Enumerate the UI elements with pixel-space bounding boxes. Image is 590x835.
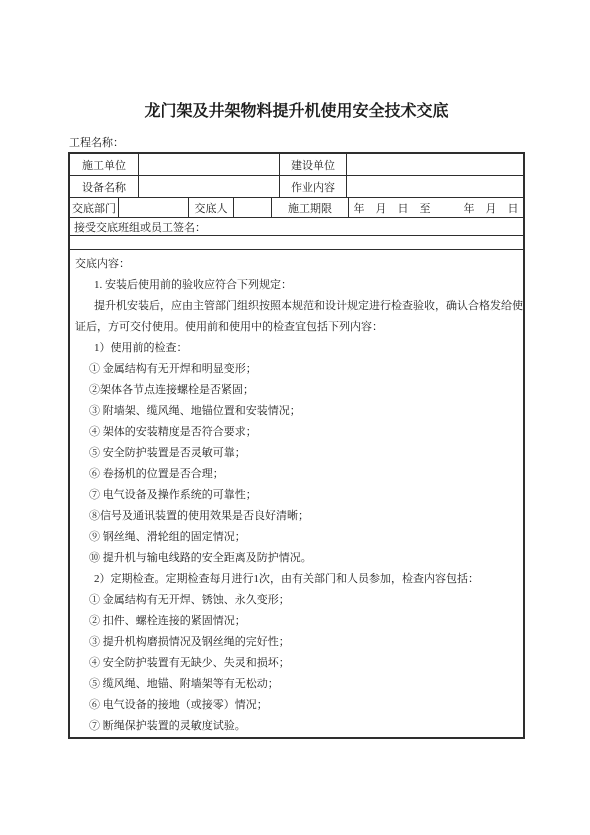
discloser-label: 交底人: [189, 198, 234, 217]
content-line: ⑤ 安全防护装置是否灵敏可靠；: [70, 443, 523, 464]
content-line: ② 扣件、螺栓连接的紧固情况；: [70, 611, 523, 632]
content-line: ④ 架体的安装精度是否符合要求；: [70, 422, 523, 443]
construction-unit-label: 施工单位: [70, 154, 139, 175]
content-line: 1. 安装后使用前的验收应符合下列规定：: [70, 275, 523, 296]
project-name-label: 工程名称：: [69, 137, 525, 150]
signature-blank-cell: [70, 236, 523, 249]
client-unit-label: 建设单位: [280, 154, 347, 175]
content-line: ③ 附墙架、缆风绳、地锚位置和安装情况；: [70, 401, 523, 422]
disclosure-department-label: 交底部门: [70, 198, 119, 217]
document-page: 龙门架及井架物料提升机使用安全技术交底 工程名称： 施工单位 建设单位 设备名称…: [68, 102, 525, 739]
signature-blank-row: [70, 236, 523, 250]
document-title: 龙门架及井架物料提升机使用安全技术交底: [68, 102, 525, 122]
work-content-value: [347, 176, 523, 197]
content-line: ③ 提升机构磨损情况及钢丝绳的完好性；: [70, 632, 523, 653]
equipment-name-label: 设备名称: [70, 176, 139, 197]
construction-period-value: 年 月 日 至 年 月 日: [349, 198, 523, 217]
content-line: 1）使用前的检查：: [70, 338, 523, 359]
discloser-value: [234, 198, 272, 217]
table-row: 设备名称 作业内容: [70, 176, 523, 198]
work-content-label: 作业内容: [280, 176, 347, 197]
content-line: ④ 安全防护装置有无缺少、失灵和损坏；: [70, 653, 523, 674]
signature-row-label: 接受交底班组或员工签名：: [70, 218, 523, 235]
content-line: ⑧信号及通讯装置的使用效果是否良好清晰；: [70, 506, 523, 527]
disclosure-department-value: [119, 198, 189, 217]
content-line: ① 金属结构有无开焊、锈蚀、永久变形；: [70, 590, 523, 611]
content-line: ⑤ 缆风绳、地锚、附墙架等有无松动；: [70, 674, 523, 695]
construction-period-label: 施工期限: [272, 198, 349, 217]
content-lines: 交底内容：1. 安装后使用前的验收应符合下列规定：提升机安装后，应由主管部门组织…: [70, 250, 523, 737]
client-unit-value: [347, 154, 523, 175]
content-line: ⑨ 钢丝绳、滑轮组的固定情况；: [70, 527, 523, 548]
content-line: ⑥ 卷扬机的位置是否合理；: [70, 464, 523, 485]
table-row: 交底部门 交底人 施工期限 年 月 日 至 年 月 日: [70, 198, 523, 218]
construction-unit-value: [139, 154, 280, 175]
equipment-name-value: [139, 176, 280, 197]
content-line: ⑩ 提升机与输电线路的安全距离及防护情况。: [70, 548, 523, 569]
content-line: ⑥ 电气设备的接地（或接零）情况；: [70, 695, 523, 716]
content-line: ②架体各节点连接螺栓是否紧固；: [70, 380, 523, 401]
content-line: 交底内容：: [70, 254, 523, 275]
table-row: 接受交底班组或员工签名：: [70, 218, 523, 236]
content-line: ⑦ 断绳保护装置的灵敏度试验。: [70, 716, 523, 737]
content-line: 2）定期检查。定期检查每月进行1次，由有关部门和人员参加，检查内容包括：: [70, 569, 523, 590]
content-line: 提升机安装后，应由主管部门组织按照本规范和设计规定进行检查验收，确认合格发给使用: [70, 296, 523, 317]
table-row: 施工单位 建设单位: [70, 154, 523, 176]
info-table: 施工单位 建设单位 设备名称 作业内容 交底部门 交底人 施工期限 年 月 日 …: [68, 152, 525, 739]
content-line: ① 金属结构有无开焊和明显变形；: [70, 359, 523, 380]
content-line: 证后，方可交付使用。使用前和使用中的检查宜包括下列内容：: [70, 317, 523, 338]
content-line: ⑦ 电气设备及操作系统的可靠性；: [70, 485, 523, 506]
